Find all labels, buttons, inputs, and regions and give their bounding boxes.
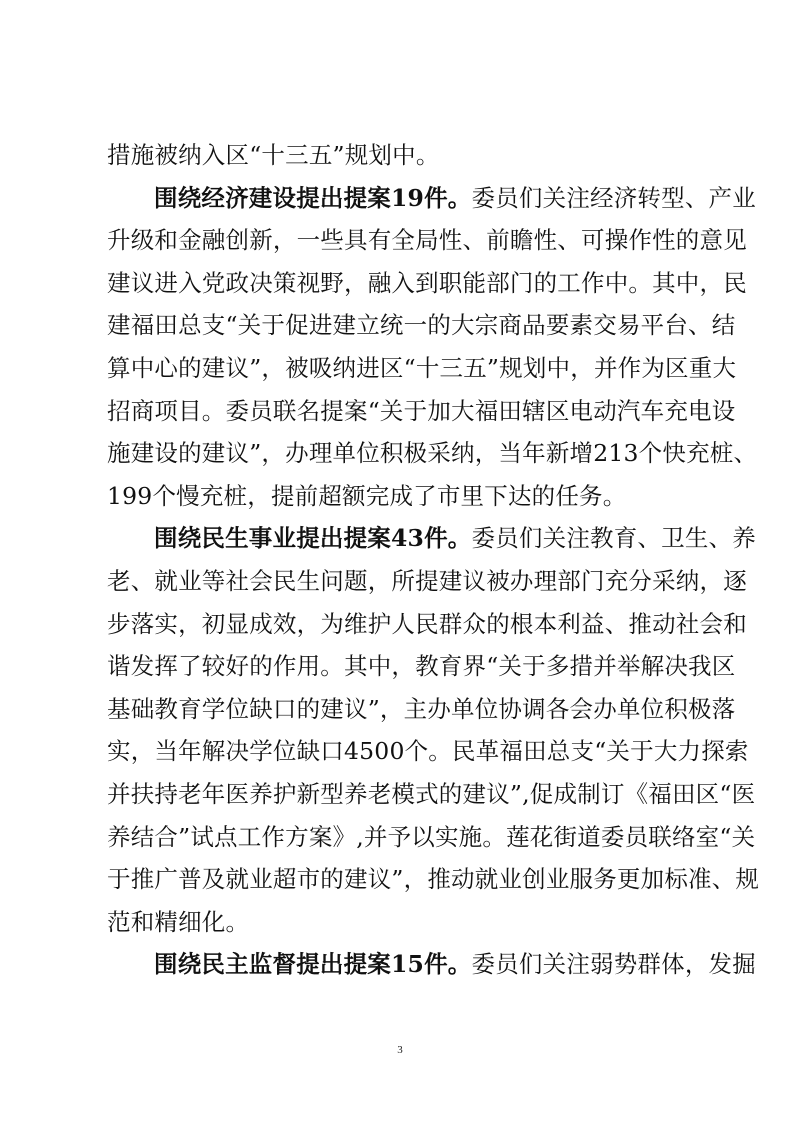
text-line: 实，当年解决学位缺口4500个。民革福田总支“关于大力探索 bbox=[107, 734, 707, 777]
line-text: 于推广普及就业超市的建议”，推动就业创业服务更加标准、规 bbox=[107, 865, 759, 893]
line-text: 招商项目。委员联名提案“关于加大福田辖区电动汽车充电设 bbox=[107, 397, 735, 425]
text-line: 步落实，初显成效，为维护人民群众的根本利益、推动社会和 bbox=[107, 607, 707, 650]
text-line: 施建设的建议”，办理单位积极采纳，当年新增213个快充桩、 bbox=[107, 436, 707, 479]
line-text: 并扶持老年医养护新型养老模式的建议”,促成制订《福田区“医 bbox=[107, 780, 755, 808]
paragraph-heading-line: 围绕民生事业提出提案43件。委员们关注教育、卫生、养 bbox=[107, 521, 707, 564]
bold-lead-sentence: 围绕民生事业提出提案43件。 bbox=[154, 524, 472, 552]
line-text: 委员们关注经济转型、产业 bbox=[472, 184, 756, 212]
line-text: 升级和金融创新，一些具有全局性、前瞻性、可操作性的意见 bbox=[107, 226, 747, 254]
line-text: 199个慢充桩，提前超额完成了市里下达的任务。 bbox=[107, 482, 626, 510]
line-text: 委员们关注弱势群体，发掘 bbox=[472, 950, 756, 978]
line-text: 建福田总支“关于促进建立统一的大宗商品要素交易平台、结 bbox=[107, 311, 735, 339]
line-text: 老、就业等社会民生问题，所提建议被办理部门充分采纳，逐 bbox=[107, 567, 747, 595]
text-line: 范和精细化。 bbox=[107, 905, 707, 948]
text-line: 养结合”试点工作方案》,并予以实施。莲花街道委员联络室“关 bbox=[107, 820, 707, 863]
line-text: 谐发挥了较好的作用。其中，教育界“关于多措并举解决我区 bbox=[107, 652, 735, 680]
bold-lead-sentence: 围绕经济建设提出提案19件。 bbox=[154, 184, 472, 212]
paragraph-heading-line: 围绕民主监督提出提案15件。委员们关注弱势群体，发掘 bbox=[107, 947, 707, 990]
text-line: 于推广普及就业超市的建议”，推动就业创业服务更加标准、规 bbox=[107, 862, 707, 905]
bold-lead-sentence: 围绕民主监督提出提案15件。 bbox=[154, 950, 472, 978]
text-line: 建福田总支“关于促进建立统一的大宗商品要素交易平台、结 bbox=[107, 308, 707, 351]
line-text: 实，当年解决学位缺口4500个。民革福田总支“关于大力探索 bbox=[107, 737, 749, 765]
line-text: 步落实，初显成效，为维护人民群众的根本利益、推动社会和 bbox=[107, 610, 747, 638]
line-text: 委员们关注教育、卫生、养 bbox=[472, 524, 756, 552]
text-line: 并扶持老年医养护新型养老模式的建议”,促成制订《福田区“医 bbox=[107, 777, 707, 820]
line-text: 施建设的建议”，办理单位积极采纳，当年新增213个快充桩、 bbox=[107, 439, 757, 467]
line-text: 算中心的建议”，被吸纳进区“十三五”规划中，并作为区重大 bbox=[107, 354, 736, 382]
text-line: 升级和金融创新，一些具有全局性、前瞻性、可操作性的意见 bbox=[107, 223, 707, 266]
text-line: 招商项目。委员联名提案“关于加大福田辖区电动汽车充电设 bbox=[107, 394, 707, 437]
line-text: 范和精细化。 bbox=[107, 908, 249, 936]
line-text: 措施被纳入区“十三五”规划中。 bbox=[107, 141, 440, 169]
text-line: 老、就业等社会民生问题，所提建议被办理部门充分采纳，逐 bbox=[107, 564, 707, 607]
document-page: 措施被纳入区“十三五”规划中。围绕经济建设提出提案19件。委员们关注经济转型、产… bbox=[0, 0, 800, 1131]
text-line: 199个慢充桩，提前超额完成了市里下达的任务。 bbox=[107, 479, 707, 522]
body-text: 措施被纳入区“十三五”规划中。围绕经济建设提出提案19件。委员们关注经济转型、产… bbox=[107, 138, 707, 990]
page-number: 3 bbox=[0, 1044, 800, 1056]
text-line: 基础教育学位缺口的建议”，主办单位协调各会办单位积极落 bbox=[107, 692, 707, 735]
text-line: 措施被纳入区“十三五”规划中。 bbox=[107, 138, 707, 181]
paragraph-heading-line: 围绕经济建设提出提案19件。委员们关注经济转型、产业 bbox=[107, 181, 707, 224]
text-line: 算中心的建议”，被吸纳进区“十三五”规划中，并作为区重大 bbox=[107, 351, 707, 394]
text-line: 建议进入党政决策视野，融入到职能部门的工作中。其中，民 bbox=[107, 266, 707, 309]
line-text: 建议进入党政决策视野，融入到职能部门的工作中。其中，民 bbox=[107, 269, 747, 297]
line-text: 基础教育学位缺口的建议”，主办单位协调各会办单位积极落 bbox=[107, 695, 735, 723]
line-text: 养结合”试点工作方案》,并予以实施。莲花街道委员联络室“关 bbox=[107, 823, 755, 851]
text-line: 谐发挥了较好的作用。其中，教育界“关于多措并举解决我区 bbox=[107, 649, 707, 692]
